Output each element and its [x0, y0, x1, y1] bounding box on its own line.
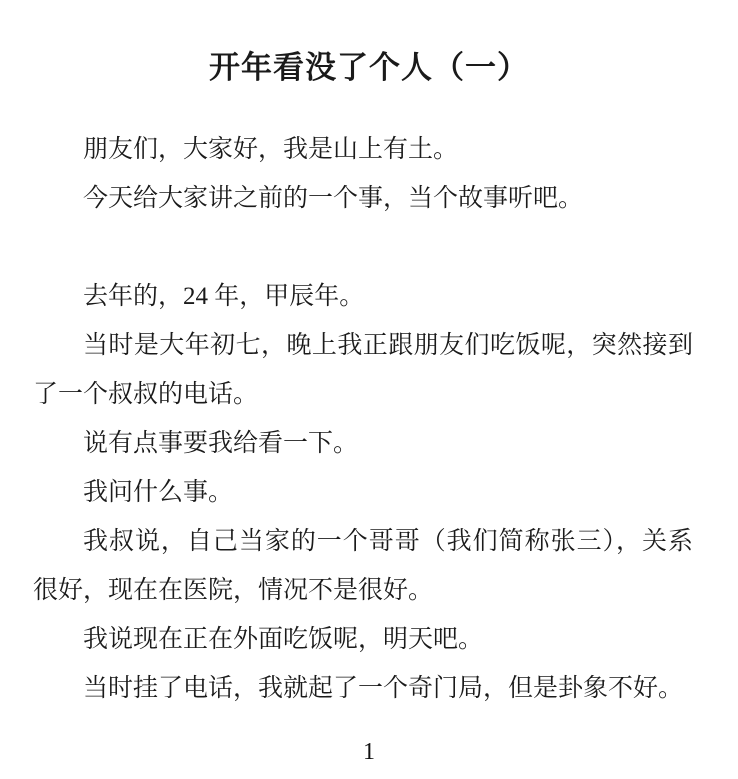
paragraph: 去年的，24 年，甲辰年。 [33, 272, 693, 321]
document-title: 开年看没了个人（一） [0, 0, 738, 89]
document-page: 开年看没了个人（一） 朋友们，大家好，我是山上有土。 今天给大家讲之前的一个事，… [0, 0, 738, 779]
paragraph: 我问什么事。 [33, 468, 693, 517]
paragraph: 当时是大年初七，晚上我正跟朋友们吃饭呢，突然接到了一个叔叔的电话。 [33, 321, 693, 419]
paragraph: 今天给大家讲之前的一个事，当个故事听吧。 [33, 174, 693, 223]
page-number-footer: 1 [0, 737, 738, 767]
paragraph: 当时挂了电话，我就起了一个奇门局，但是卦象不好。 [33, 664, 693, 713]
paragraph: 我叔说，自己当家的一个哥哥（我们简称张三），关系很好，现在在医院，情况不是很好。 [33, 517, 693, 615]
document-body: 朋友们，大家好，我是山上有土。 今天给大家讲之前的一个事，当个故事听吧。 去年的… [33, 125, 693, 713]
paragraph: 说有点事要我给看一下。 [33, 419, 693, 468]
paragraph-empty-line [33, 223, 693, 272]
paragraph: 我说现在正在外面吃饭呢，明天吧。 [33, 615, 693, 664]
paragraph: 朋友们，大家好，我是山上有土。 [33, 125, 693, 174]
